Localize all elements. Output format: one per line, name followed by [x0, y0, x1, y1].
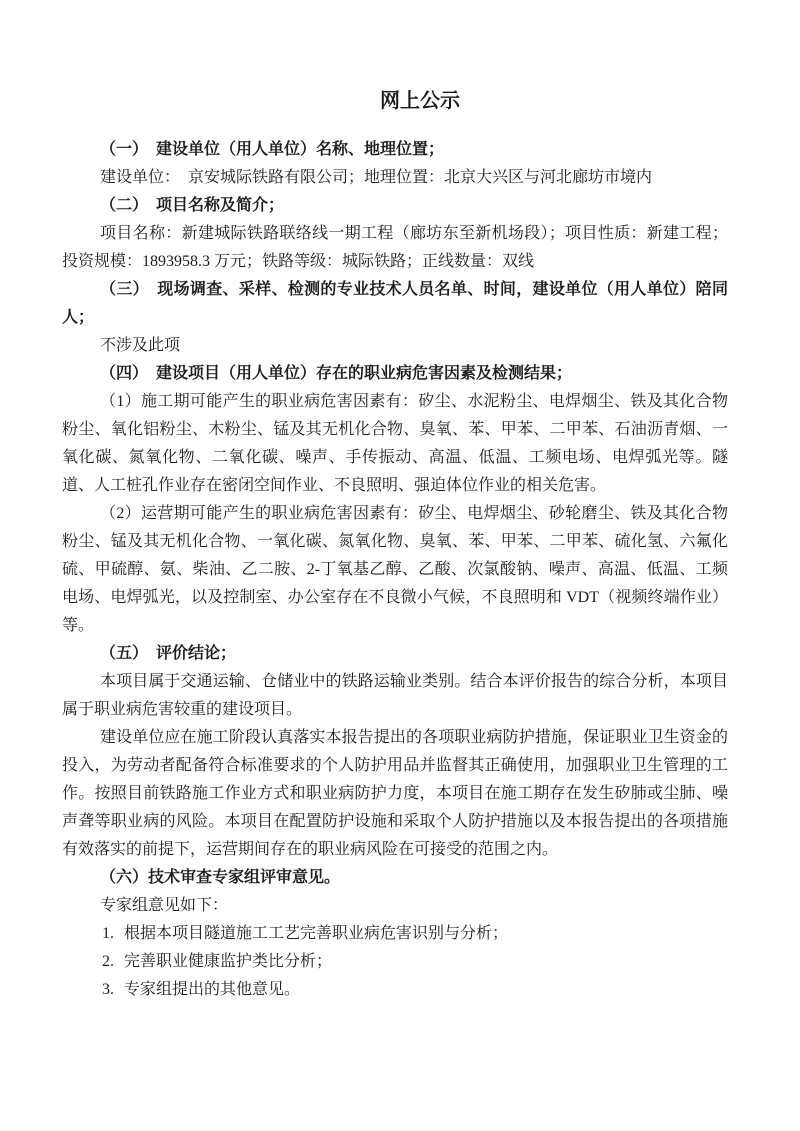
document-page: 网上公示 （一） 建设单位（用人单位）名称、地理位置； 建设单位： 京安城际铁路… — [0, 0, 800, 1131]
section-3-heading: （三） 现场调查、采样、检测的专业技术人员名单、时间，建设单位（用人单位）陪同人… — [62, 276, 728, 332]
expert-opinion-item-1-number: 1. — [102, 920, 124, 948]
expert-opinion-item-3-number: 3. — [102, 976, 124, 1004]
expert-opinion-item-1: 1.根据本项目隧道施工工艺完善职业病危害识别与分析； — [62, 920, 728, 948]
expert-opinion-item-3: 3.专家组提出的其他意见。 — [62, 976, 728, 1004]
expert-opinion-item-2-text: 完善职业健康监护类比分析； — [124, 953, 332, 970]
section-4-paragraph-operation-period: （2）运营期可能产生的职业病危害因素有：矽尘、电焊烟尘、砂轮磨尘、铁及其化合物粉… — [62, 500, 728, 640]
expert-opinion-item-1-text: 根据本项目隧道施工工艺完善职业病危害识别与分析； — [124, 925, 508, 942]
section-4-heading: （四） 建设项目（用人单位）存在的职业病危害因素及检测结果； — [62, 360, 728, 388]
section-5-heading: （五） 评价结论； — [62, 640, 728, 668]
section-2-heading: （二） 项目名称及简介； — [62, 192, 728, 220]
section-6-heading: （六）技术审查专家组评审意见。 — [62, 864, 728, 892]
section-5-paragraph-classification: 本项目属于交通运输、仓储业中的铁路运输业类别。结合本评价报告的综合分析，本项目属… — [62, 668, 728, 724]
section-3-paragraph: 不涉及此项 — [62, 332, 728, 360]
section-1-heading: （一） 建设单位（用人单位）名称、地理位置； — [62, 136, 728, 164]
expert-opinion-item-2-number: 2. — [102, 948, 124, 976]
section-4-paragraph-construction-period: （1）施工期可能产生的职业病危害因素有：矽尘、水泥粉尘、电焊烟尘、铁及其化合物粉… — [62, 388, 728, 500]
page-title: 网上公示 — [87, 88, 753, 114]
expert-opinion-item-3-text: 专家组提出的其他意见。 — [124, 981, 300, 998]
section-6-intro: 专家组意见如下： — [62, 892, 728, 920]
section-2-paragraph: 项目名称：新建城际铁路联络线一期工程（廊坊东至新机场段）；项目性质：新建工程；投… — [62, 220, 728, 276]
section-1-paragraph: 建设单位： 京安城际铁路有限公司；地理位置：北京大兴区与河北廊坊市境内 — [62, 164, 728, 192]
expert-opinion-item-2: 2.完善职业健康监护类比分析； — [62, 948, 728, 976]
section-5-paragraph-measures: 建设单位应在施工阶段认真落实本报告提出的各项职业病防护措施，保证职业卫生资金的投… — [62, 724, 728, 864]
